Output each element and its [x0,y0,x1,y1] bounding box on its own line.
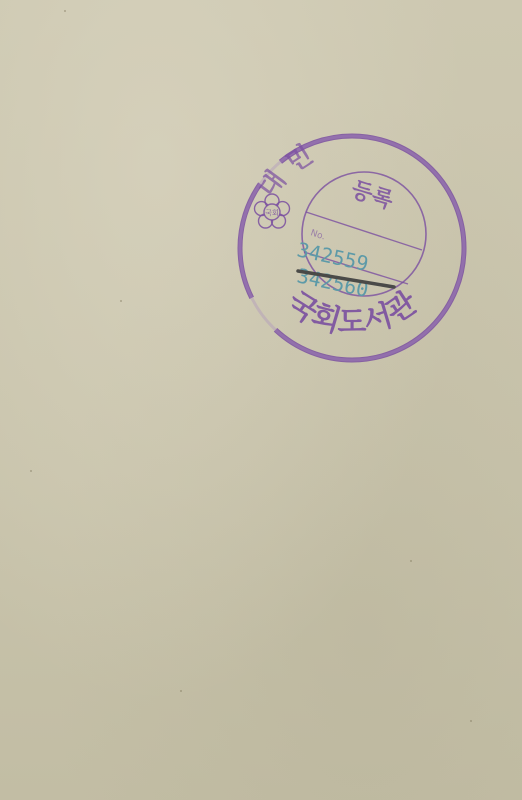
scanned-page: 국회도서관 대 민 국회 등록 No. [0,0,522,800]
paper-speck [410,560,412,562]
paper-speck [30,470,32,472]
paper-speck [120,300,122,302]
paper-speck [64,10,66,12]
paper-speck [180,690,182,692]
paper-speck [470,720,472,722]
stamp-inner-label: 등록 [348,177,397,214]
svg-text:국회: 국회 [265,208,279,217]
stamp-outer-text-top: 대 민 [252,139,318,204]
library-stamp: 국회도서관 대 민 국회 등록 No. [232,132,472,364]
